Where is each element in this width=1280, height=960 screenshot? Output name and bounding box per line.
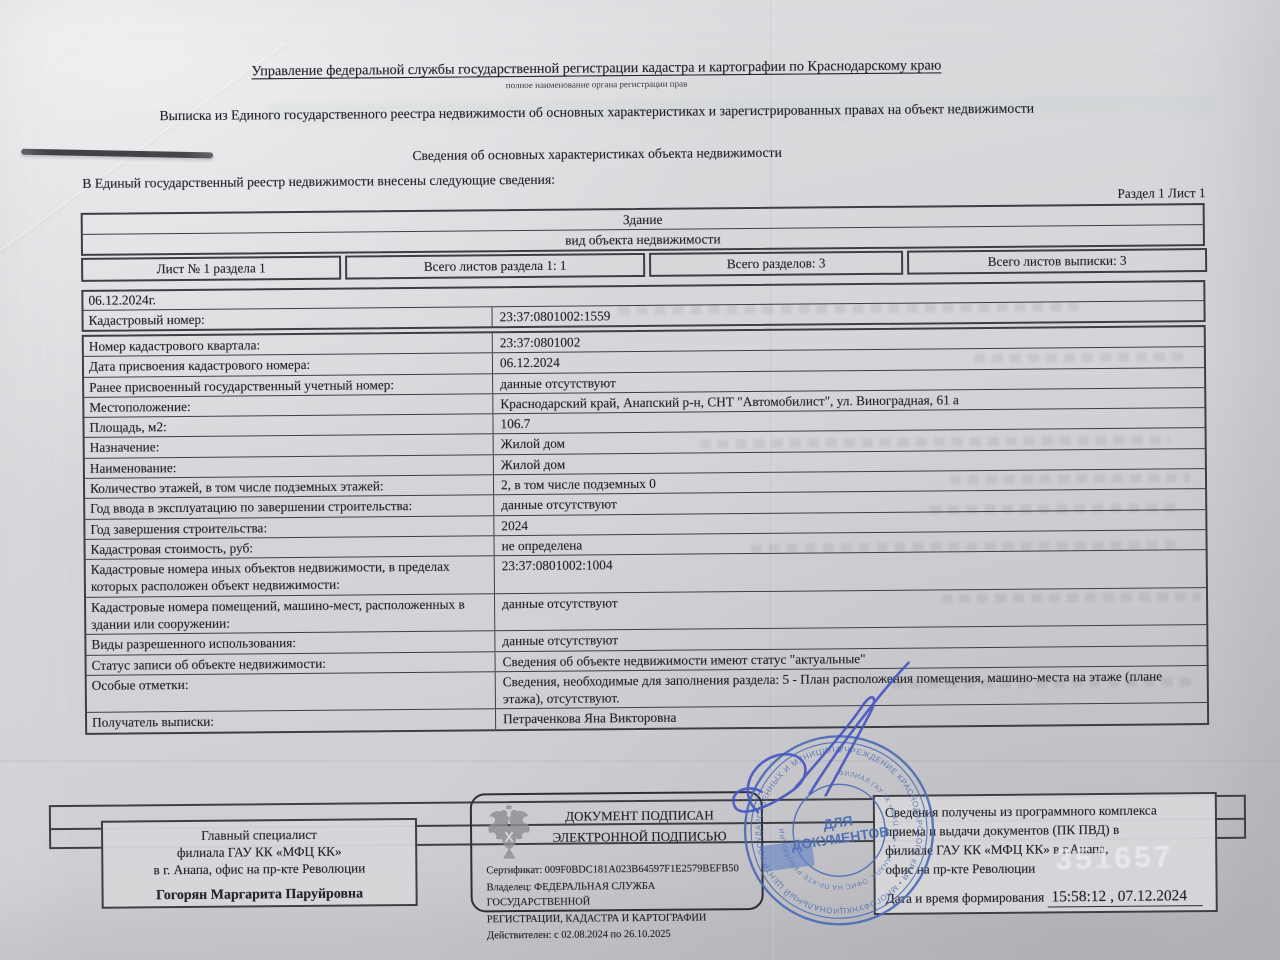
sheet-info-cell: Всего листов выписки: 3 (907, 248, 1207, 275)
esign-owner-line1: Владелец: ФЕДЕРАЛЬНАЯ СЛУЖБА ГОСУДАРСТВЕ… (486, 878, 747, 911)
rosreestr-eagle-icon (486, 801, 533, 861)
document-photo: Управление федеральной службы государств… (0, 0, 1280, 960)
row-label: Статус записи об объекте недвижимости: (87, 652, 496, 675)
row-label: Особые отметки: (87, 672, 496, 712)
object-kind-table: Здание вид объекта недвижимости (81, 203, 1205, 256)
row-label: Местоположение: (84, 394, 493, 417)
row-label: Кадастровые номера помещений, машино-мес… (86, 594, 495, 634)
specialist-line: в г. Анапа, офис на пр-кте Революции (103, 859, 415, 879)
row-label: Кадастровый номер: (84, 307, 493, 330)
handwritten-signature (696, 642, 958, 864)
sheet-info-cell: Лист № 1 раздела 1 (81, 256, 341, 282)
row-label: Кадастровые номера иных объектов недвижи… (86, 556, 495, 596)
document-page: Управление федеральной службы государств… (0, 0, 1280, 960)
row-label: Номер кадастрового квартала: (84, 333, 493, 356)
section-sheet-label: Раздел 1 Лист 1 (947, 185, 1205, 203)
specialist-name: Гогорян Маргарита Паруйровна (104, 885, 416, 906)
row-value: 23:37:0801002:1004 (495, 550, 1206, 593)
row-label: Количество этажей, в том числе подземных… (85, 475, 494, 498)
row-label: Ранее присвоенный государственный учетны… (84, 374, 493, 397)
specialist-box: Главный специалист филиала ГАУ КК «МФЦ К… (101, 818, 418, 909)
property-table-head: 06.12.2024г. Кадастровый номер: 23:37:08… (81, 280, 1205, 332)
sheet-info-cell: Всего листов раздела 1: 1 (345, 253, 645, 280)
row-label: Получатель выписки: (87, 710, 496, 733)
row-label: Площадь, м2: (84, 414, 493, 437)
row-label: Назначение: (85, 435, 494, 458)
esign-validity: Действителен: с 02.08.2024 по 26.10.2025 (487, 927, 748, 945)
row-label: Кадастровая стоимость, руб: (85, 536, 494, 559)
row-label: Наименование: (85, 455, 494, 478)
row-label: Год завершения строительства: (85, 516, 494, 539)
generation-date-value: 15:58:12 , 07.12.2024 (1047, 887, 1203, 907)
intro-line: В Единый государственный реестр недвижим… (82, 172, 555, 192)
watermark-digits: 351657 (1055, 840, 1174, 877)
section-subtitle: Сведения об основных характеристиках объ… (53, 142, 1141, 167)
esign-owner-line2: РЕГИСТРАЦИИ, КАДАСТРА И КАРТОГРАФИИ (487, 910, 748, 928)
row-label: Год ввода в эксплуатацию по завершении с… (85, 496, 494, 519)
row-label: Дата присвоения кадастрового номера: (84, 354, 493, 377)
sheet-info-cell: Всего разделов: 3 (649, 251, 903, 277)
property-table-rows: Номер кадастрового квартала: 23:37:08010… (82, 325, 1209, 734)
row-label: Виды разрешенного использования: (86, 631, 495, 654)
row-value: данные отсутствуют (495, 588, 1206, 631)
